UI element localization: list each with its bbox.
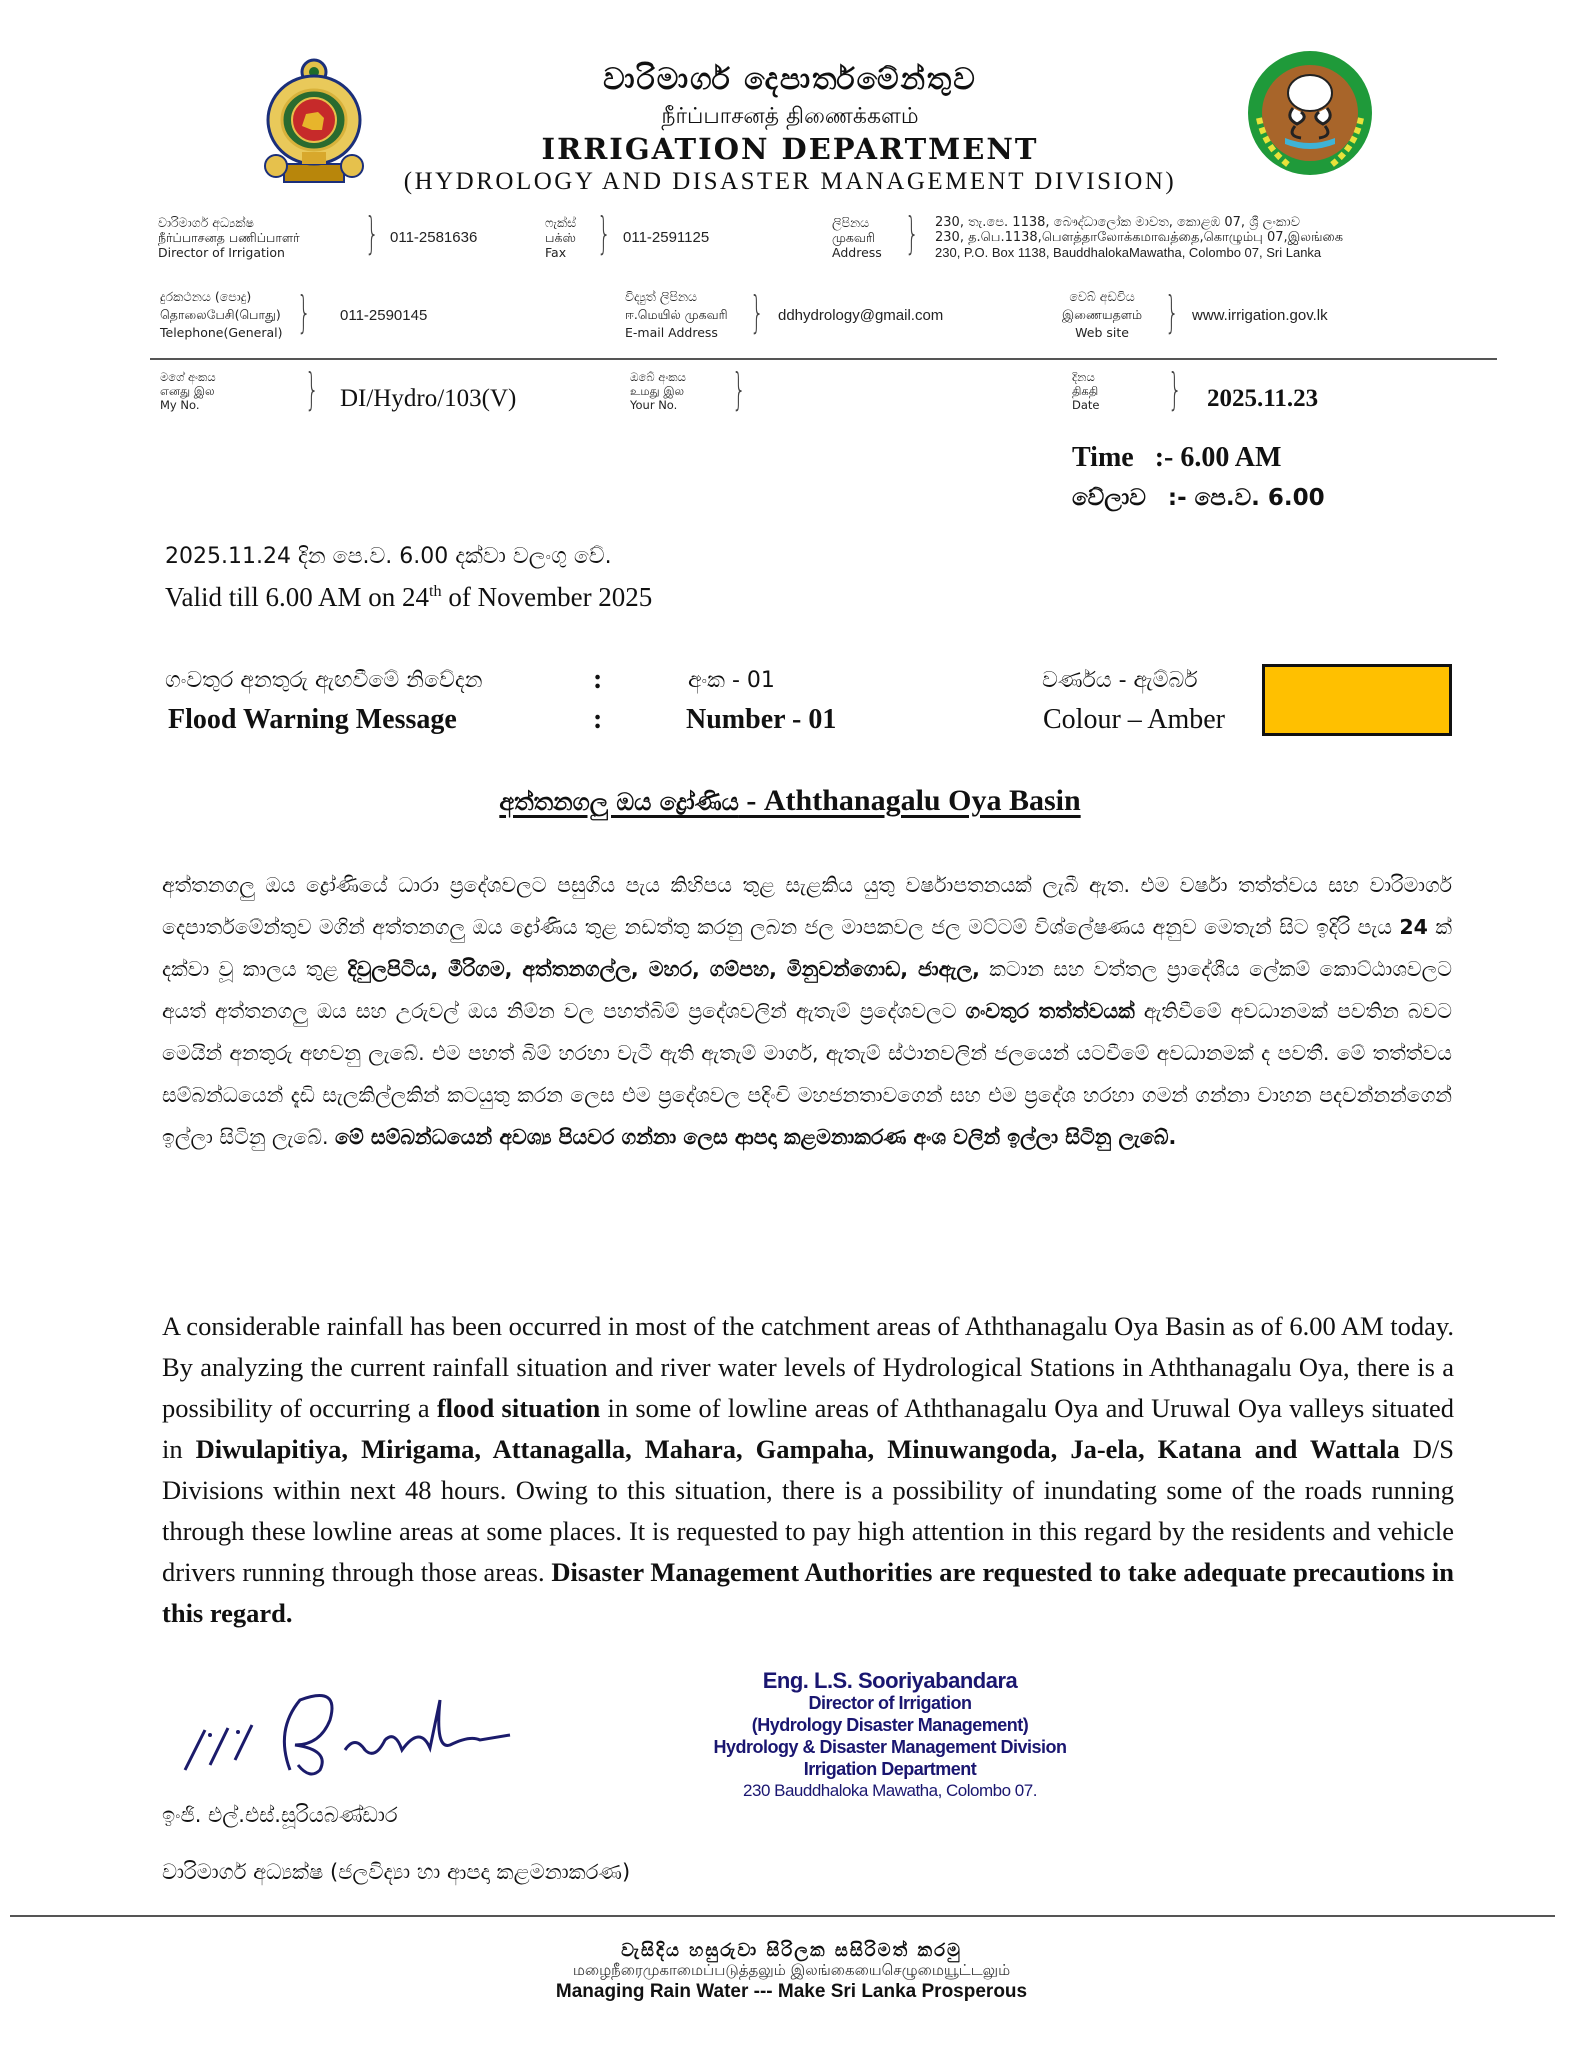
validity-english: Valid till 6.00 AM on 24th of November 2… [165, 582, 652, 613]
my-no-label: මගේ අංකය எனது இல My No. [160, 370, 216, 412]
footer-slogan: වැසිදිය හසුරුවා සිරිලක සසිරිමත් කරමු மழை… [200, 1940, 1383, 2003]
brace-icon: } [297, 291, 311, 335]
colour-label-english: Colour – Amber [1043, 704, 1225, 736]
body-sinhala: අත්තනගලු ඔය ද්‍රෝණියේ ධාරා ප්‍රදේශවලට පස… [162, 864, 1452, 1158]
email-link[interactable]: ddhydrology@gmail.com [778, 307, 943, 324]
colour-label-sinhala: වර්ණය - ඇම්බර් [1042, 668, 1198, 693]
signer-name-sinhala: ඉංජි. එල්.එස්.සූරියබණ්ඩාර [162, 1803, 398, 1828]
website-link[interactable]: www.irrigation.gov.lk [1192, 307, 1328, 324]
header-divider [150, 358, 1497, 360]
brace-icon: } [365, 212, 379, 256]
division-name: (HYDROLOGY AND DISASTER MANAGEMENT DIVIS… [370, 168, 1210, 196]
national-emblem-icon [262, 56, 366, 186]
colon: : [593, 704, 602, 736]
handwritten-signature-icon [180, 1690, 590, 1780]
telephone-label: දුරකථනය (පොදු) தொலைபேசி(பொது) Telephone(… [160, 288, 283, 342]
warning-label-sinhala: ගංවතුර අනතුරු ඇඟවීමේ නිවේදන [165, 668, 482, 693]
colon: : [593, 664, 602, 696]
brace-icon: } [732, 368, 746, 412]
director-phone: 011-2581636 [390, 229, 477, 246]
irrigation-logo-icon [1245, 48, 1375, 178]
document-date: 2025.11.23 [1207, 385, 1318, 413]
department-name-sinhala: වාරිමාර්ග දෙපාර්තමේන්තුව [540, 62, 1040, 97]
brace-icon: } [1168, 368, 1182, 412]
brace-icon: } [905, 212, 919, 256]
telephone-number: 011-2590145 [340, 307, 427, 324]
date-label: දිනය திகதி Date [1072, 370, 1100, 412]
warning-number-sinhala: අංක - 01 [688, 668, 775, 693]
your-no-label: ඔබේ අංකය உமது இல Your No. [630, 370, 686, 412]
brace-icon: } [750, 291, 764, 335]
department-name-english: IRRIGATION DEPARTMENT [440, 132, 1140, 166]
warning-label-english: Flood Warning Message [168, 704, 457, 736]
warning-number-english: Number - 01 [686, 704, 836, 736]
fax-label: ෆැක්ස් பக்ஸ் Fax [545, 215, 576, 260]
validity-sinhala: 2025.11.24 දින පෙ.ව. 6.00 දක්වා වලංගු වේ… [165, 544, 612, 569]
address-label: ලිපිනය முகவரி Address [832, 215, 882, 260]
time-english: Time :- 6.00 AM [1072, 442, 1281, 474]
brace-icon: } [305, 368, 319, 412]
website-label: වෙබ් අඩවිය இணையதளம் Web site [1062, 288, 1142, 342]
fax-number: 011-2591125 [623, 229, 709, 246]
brace-icon: } [1165, 291, 1179, 335]
official-stamp: Eng. L.S. Sooriyabandara Director of Irr… [680, 1670, 1100, 1802]
reference-number: DI/Hydro/103(V) [340, 385, 516, 413]
signer-title-sinhala: වාරිමාර්ග අධ්‍යක්ෂ (ජලවිද්‍යා හා ආපදා කළ… [162, 1860, 630, 1885]
director-label: වාරිමාර්ග අධ්‍යක්ෂ நீர்ப்பாசனத பணிப்பாளர… [158, 215, 300, 260]
department-name-tamil: நீர்ப்பாசனத் திணைக்களம் [540, 104, 1040, 132]
time-sinhala: වේලාව :- පෙ.ව. 6.00 [1072, 485, 1325, 511]
address-lines: 230, තැ.පෙ. 1138, බෞද්ධාලෝක මාවත, කොළඹ 0… [935, 215, 1343, 260]
brace-icon: } [597, 212, 611, 256]
body-english: A considerable rainfall has been occurre… [162, 1306, 1454, 1634]
basin-title: අත්තනගලු ඔය ද්‍රෝණිය - Aththanagalu Oya … [140, 784, 1440, 818]
footer-divider [10, 1915, 1555, 1917]
email-label: විද්‍යුත් ලිපිනය ஈ.மெயில் முகவரி E-mail … [625, 288, 728, 342]
warning-colour-swatch [1262, 664, 1452, 736]
